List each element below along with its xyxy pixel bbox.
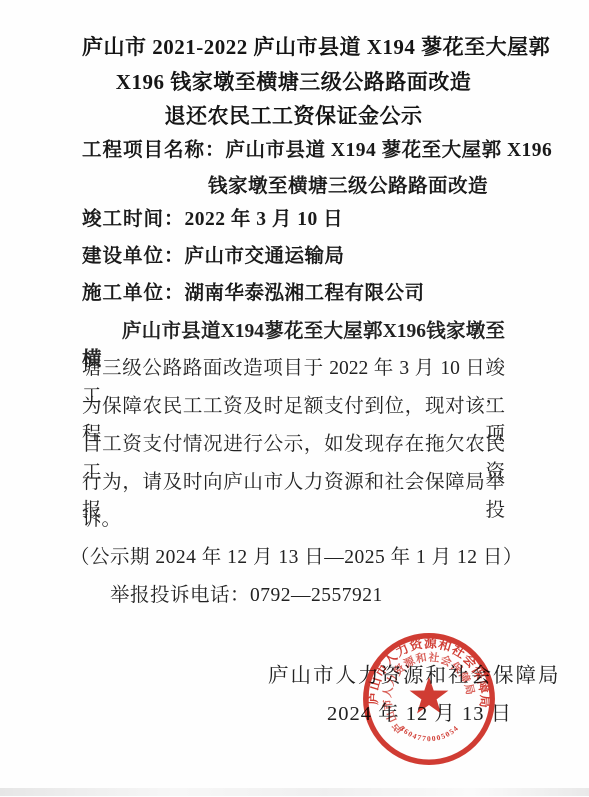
completion-date-line: 竣工时间：2022 年 3 月 10 日 xyxy=(82,203,343,231)
hotline-number: 0792—2557921 xyxy=(250,585,383,606)
contractor-value: 湖南华泰泓湘工程有限公司 xyxy=(185,283,425,304)
project-name-value-line2: 钱家墩至横塘三级公路路面改造 xyxy=(208,176,488,197)
project-name-line-2: 钱家墩至横塘三级公路路面改造 xyxy=(208,170,488,198)
official-seal-stamp: 庐山市人力资源和社会保障局 庐山市人力资源和社会保障局 360477000505… xyxy=(361,631,497,767)
project-name-line: 工程项目名称：庐山市县道 X194 蓼花至大屋郭 X196 xyxy=(82,134,552,162)
notice-title-line-2: X196 钱家墩至横塘三级公路路面改造 xyxy=(82,66,505,96)
builder-value: 庐山市交通运输局 xyxy=(185,246,345,267)
scanned-notice-page: 庐山市 2021-2022 庐山市县道 X194 蓼花至大屋郭 X196 钱家墩… xyxy=(0,0,589,797)
notice-title-line-3: 退还农民工工资保证金公示 xyxy=(82,100,505,130)
hotline-label: 举报投诉电话： xyxy=(110,585,250,606)
contractor-label: 施工单位： xyxy=(82,283,185,304)
seal-star-icon xyxy=(410,677,449,714)
publicity-period-line: （公示期 2024 年 12 月 13 日—2025 年 1 月 12 日） xyxy=(70,541,523,569)
hotline-line: 举报投诉电话：0792—2557921 xyxy=(110,579,383,607)
seal-code-number: 3604770005054 xyxy=(398,723,461,743)
project-name-value-line1: 庐山市县道 X194 蓼花至大屋郭 X196 xyxy=(226,140,553,161)
notice-title-line-1: 庐山市 2021-2022 庐山市县道 X194 蓼花至大屋郭 xyxy=(82,31,505,61)
project-name-label: 工程项目名称： xyxy=(82,140,226,161)
builder-line: 建设单位：庐山市交通运输局 xyxy=(82,240,345,268)
scan-edge-smudge xyxy=(0,788,589,796)
contractor-line: 施工单位：湖南华泰泓湘工程有限公司 xyxy=(82,277,425,305)
completion-date-value: 2022 年 3 月 10 日 xyxy=(185,209,344,230)
builder-label: 建设单位： xyxy=(82,246,185,267)
body-line-6: 诉。 xyxy=(82,503,505,531)
completion-date-label: 竣工时间： xyxy=(82,209,185,230)
